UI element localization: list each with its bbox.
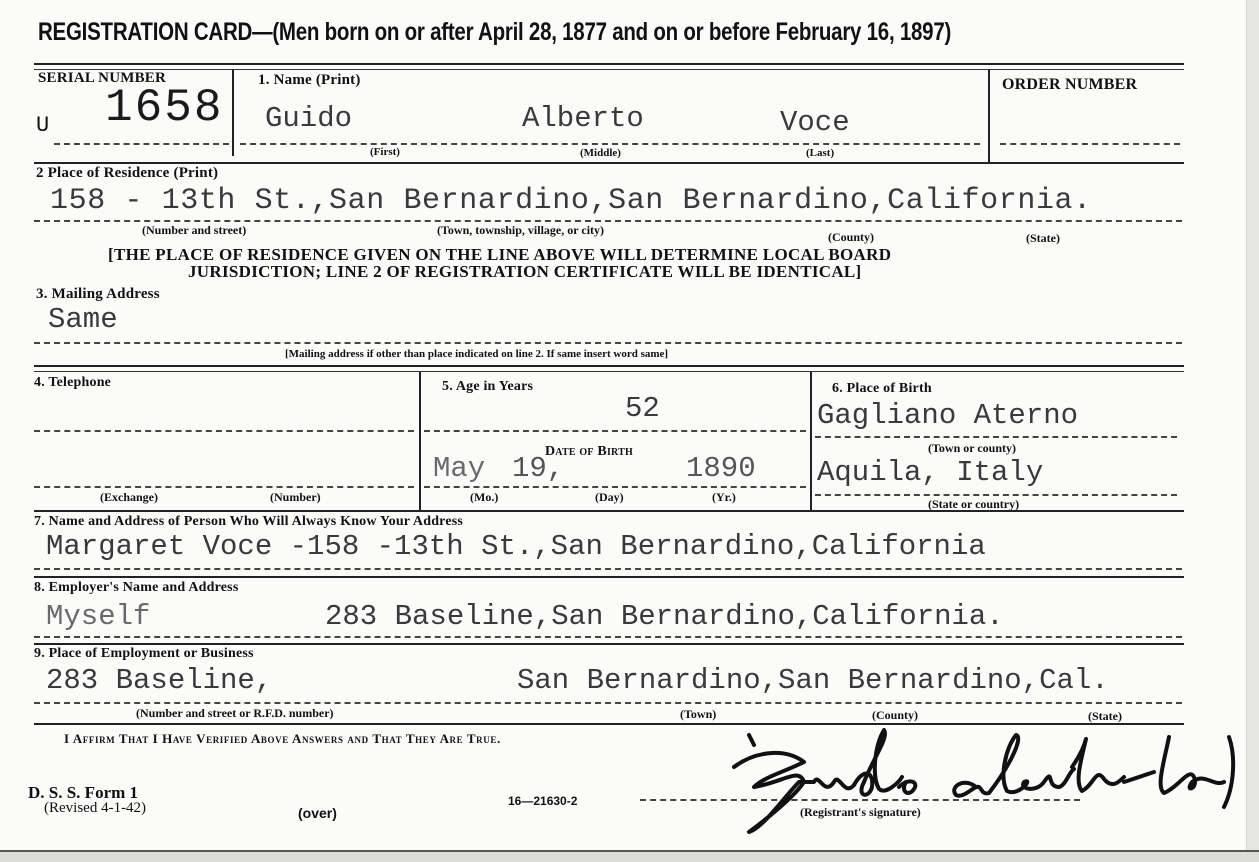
signature-scrawl-icon: [724, 727, 1244, 842]
residence-county-caption: (County): [828, 230, 874, 245]
jurisdiction-notice-line2: JURISDICTION; LINE 2 OF REGISTRATION CER…: [188, 262, 862, 282]
print-code: 16—21630-2: [508, 794, 577, 808]
registrant-signature: [724, 727, 1244, 842]
age-label: 5. Age in Years: [442, 379, 533, 395]
serial-prefix: U: [36, 113, 49, 138]
form-revised: (Revised 4-1-42): [44, 800, 146, 817]
employment-street: 283 Baseline,: [46, 664, 272, 697]
age-value: 52: [625, 392, 660, 425]
dob-month-caption: (Mo.): [470, 490, 498, 505]
order-number-label: ORDER NUMBER: [1002, 76, 1137, 94]
dob-day: 19,: [512, 452, 564, 485]
employment-county-caption: (County): [872, 708, 918, 723]
name-middle: Alberto: [522, 102, 644, 135]
employment-label: 9. Place of Employment or Business: [34, 646, 254, 662]
birthplace-state: Aquila, Italy: [817, 456, 1043, 489]
affirmation-text: I Affirm That I Have Verified Above Answ…: [64, 731, 501, 747]
birthplace-town-caption: (Town or county): [928, 441, 1016, 456]
name-label: 1. Name (Print): [258, 72, 361, 89]
birthplace-label: 6. Place of Birth: [832, 381, 932, 397]
employment-street-caption: (Number and street or R.F.D. number): [136, 706, 334, 721]
over-note: (over): [298, 805, 337, 821]
dob-year: 1890: [686, 452, 756, 485]
residence-town-caption: (Town, township, village, or city): [437, 223, 604, 238]
mailing-label: 3. Mailing Address: [36, 286, 160, 303]
residence-state-caption: (State): [1026, 231, 1060, 246]
name-last: Voce: [780, 106, 850, 139]
dob-year-caption: (Yr.): [712, 490, 736, 505]
employer-label: 8. Employer's Name and Address: [34, 580, 238, 596]
dob-month: May: [433, 452, 485, 485]
birthplace-town: Gagliano Aterno: [817, 399, 1078, 432]
name-first-caption: (First): [370, 146, 400, 158]
telephone-label: 4. Telephone: [34, 375, 111, 391]
mailing-caption: [Mailing address if other than place ind…: [285, 348, 668, 360]
serial-number-value: 1658: [105, 82, 223, 134]
name-middle-caption: (Middle): [580, 147, 621, 159]
telephone-exchange-caption: (Exchange): [100, 490, 158, 505]
card-edge: [1246, 0, 1259, 862]
card-bottom-edge: [0, 850, 1259, 862]
dob-day-caption: (Day): [595, 490, 624, 505]
employment-town-caption: (Town): [680, 707, 716, 722]
residence-label: 2 Place of Residence (Print): [36, 165, 218, 182]
contact-label: 7. Name and Address of Person Who Will A…: [34, 514, 463, 530]
employer-address: 283 Baseline,San Bernardino,California.: [325, 600, 1004, 633]
registration-card: REGISTRATION CARD—(Men born on or after …: [0, 0, 1259, 862]
name-first: Guido: [265, 102, 352, 135]
card-title: REGISTRATION CARD—(Men born on or after …: [38, 18, 951, 47]
telephone-number-caption: (Number): [270, 490, 321, 505]
employer-name: Myself: [46, 600, 150, 633]
employment-state-caption: (State): [1088, 709, 1122, 724]
name-last-caption: (Last): [806, 147, 834, 159]
residence-street-caption: (Number and street): [142, 223, 246, 238]
contact-value: Margaret Voce -158 -13th St.,San Bernard…: [46, 530, 986, 563]
employment-town-county-state: San Bernardino,San Bernardino,Cal.: [517, 664, 1109, 697]
signature-caption: (Registrant's signature): [800, 805, 921, 820]
mailing-value: Same: [48, 303, 118, 336]
residence-value: 158 - 13th St.,San Bernardino,San Bernar…: [50, 184, 1092, 218]
